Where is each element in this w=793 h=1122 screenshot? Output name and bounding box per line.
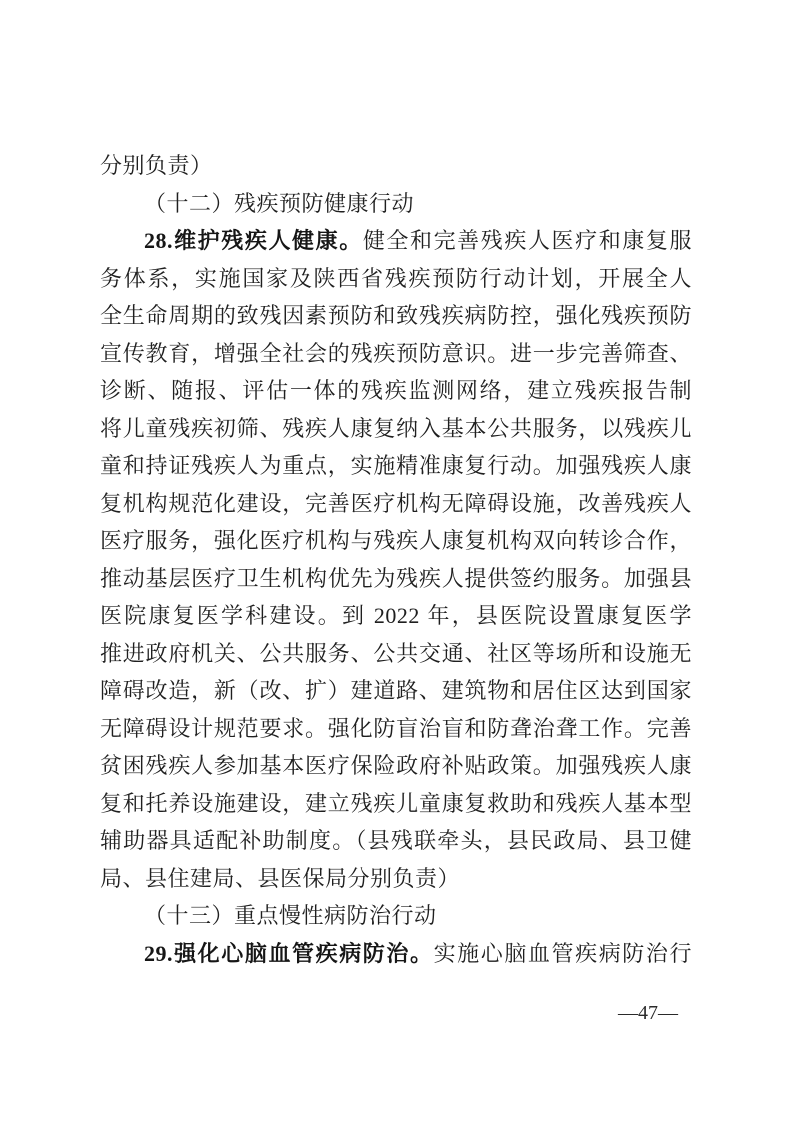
text-line: 推动基层医疗卫生机构优先为残疾人提供签约服务。加强县 [100,560,692,598]
text-line: 障碍改造，新（改、扩）建道路、建筑物和居住区达到国家 [100,672,692,710]
line-text: （十二）残疾预防健康行动 [144,191,414,216]
text-line: 分别负责） [100,147,692,185]
text-line: 诊断、随报、评估一体的残疾监测网络，建立残疾报告制度。 [100,372,692,410]
line-text: 贫困残疾人参加基本医疗保险政府补贴政策。加强残疾人康 [100,753,692,778]
line-text: 童和持证残疾人为重点，实施精准康复行动。加强残疾人康 [100,453,692,478]
text-line: 医院康复医学科建设。到 2022 年，县医院设置康复医学科。 [100,597,692,635]
text-line: 复机构规范化建设，完善医疗机构无障碍设施，改善残疾人 [100,485,692,523]
line-text: 务体系，实施国家及陕西省残疾预防行动计划，开展全人群、 [100,266,692,298]
text-line: 贫困残疾人参加基本医疗保险政府补贴政策。加强残疾人康 [100,747,692,785]
text-line: 无障碍设计规范要求。强化防盲治盲和防聋治聋工作。完善 [100,710,692,748]
text-line: （十三）重点慢性病防治行动 [100,897,692,935]
line-text: 局、县住建局、县医保局分别负责） [100,866,460,891]
text-line: 推进政府机关、公共服务、公共交通、社区等场所和设施无 [100,635,692,673]
text-line: 童和持证残疾人为重点，实施精准康复行动。加强残疾人康 [100,447,692,485]
text-line: 28.维护残疾人健康。健全和完善残疾人医疗和康复服 [100,222,692,260]
line-text: 医院康复医学科建设。到 2022 年，县医院设置康复医学科。 [100,603,692,635]
text-line: 医疗服务，强化医疗机构与残疾人康复机构双向转诊合作， [100,522,692,560]
line-text: 障碍改造，新（改、扩）建道路、建筑物和居住区达到国家 [100,678,692,703]
line-text: 将儿童残疾初筛、残疾人康复纳入基本公共服务，以残疾儿 [100,416,692,441]
line-text: 宣传教育，增强全社会的残疾预防意识。进一步完善筛查、 [100,341,692,366]
line-text: 推动基层医疗卫生机构优先为残疾人提供签约服务。加强县 [100,566,692,591]
line-text: 推进政府机关、公共服务、公共交通、社区等场所和设施无 [100,641,692,666]
page-number: —47— [618,1000,678,1026]
line-text: 无障碍设计规范要求。强化防盲治盲和防聋治聋工作。完善 [100,716,692,741]
text-line: 宣传教育，增强全社会的残疾预防意识。进一步完善筛查、 [100,335,692,373]
line-text: 实施心脑血管疾病防治行 [434,941,692,966]
line-text: 全生命周期的致残因素预防和致残疾病防控，强化残疾预防 [100,303,692,328]
text-line: 复和托养设施建设，建立残疾儿童康复救助和残疾人基本型 [100,785,692,823]
paragraph-number-heading: 29.强化心脑血管疾病防治。 [144,941,434,966]
text-line: 全生命周期的致残因素预防和致残疾病防控，强化残疾预防 [100,297,692,335]
line-text: 诊断、随报、评估一体的残疾监测网络，建立残疾报告制度。 [100,378,692,410]
text-line: 辅助器具适配补助制度。（县残联牵头，县民政局、县卫健 [100,822,692,860]
paragraph-number-heading: 28.维护残疾人健康。 [144,228,363,253]
text-line: 务体系，实施国家及陕西省残疾预防行动计划，开展全人群、 [100,260,692,298]
line-text: 辅助器具适配补助制度。（县残联牵头，县民政局、县卫健 [100,828,692,853]
line-text: 复机构规范化建设，完善医疗机构无障碍设施，改善残疾人 [100,491,692,516]
text-line: 局、县住建局、县医保局分别负责） [100,860,692,898]
document-page: 分别负责）（十二）残疾预防健康行动28.维护残疾人健康。健全和完善残疾人医疗和康… [0,0,793,1122]
line-text: （十三）重点慢性病防治行动 [144,903,437,928]
line-text: 医疗服务，强化医疗机构与残疾人康复机构双向转诊合作， [100,528,692,553]
text-line: （十二）残疾预防健康行动 [100,185,692,223]
document-body: 分别负责）（十二）残疾预防健康行动28.维护残疾人健康。健全和完善残疾人医疗和康… [100,147,692,972]
line-text: 健全和完善残疾人医疗和康复服 [363,228,692,253]
text-line: 29.强化心脑血管疾病防治。实施心脑血管疾病防治行 [100,935,692,973]
line-text: 分别负责） [100,153,213,178]
text-line: 将儿童残疾初筛、残疾人康复纳入基本公共服务，以残疾儿 [100,410,692,448]
line-text: 复和托养设施建设，建立残疾儿童康复救助和残疾人基本型 [100,791,692,816]
